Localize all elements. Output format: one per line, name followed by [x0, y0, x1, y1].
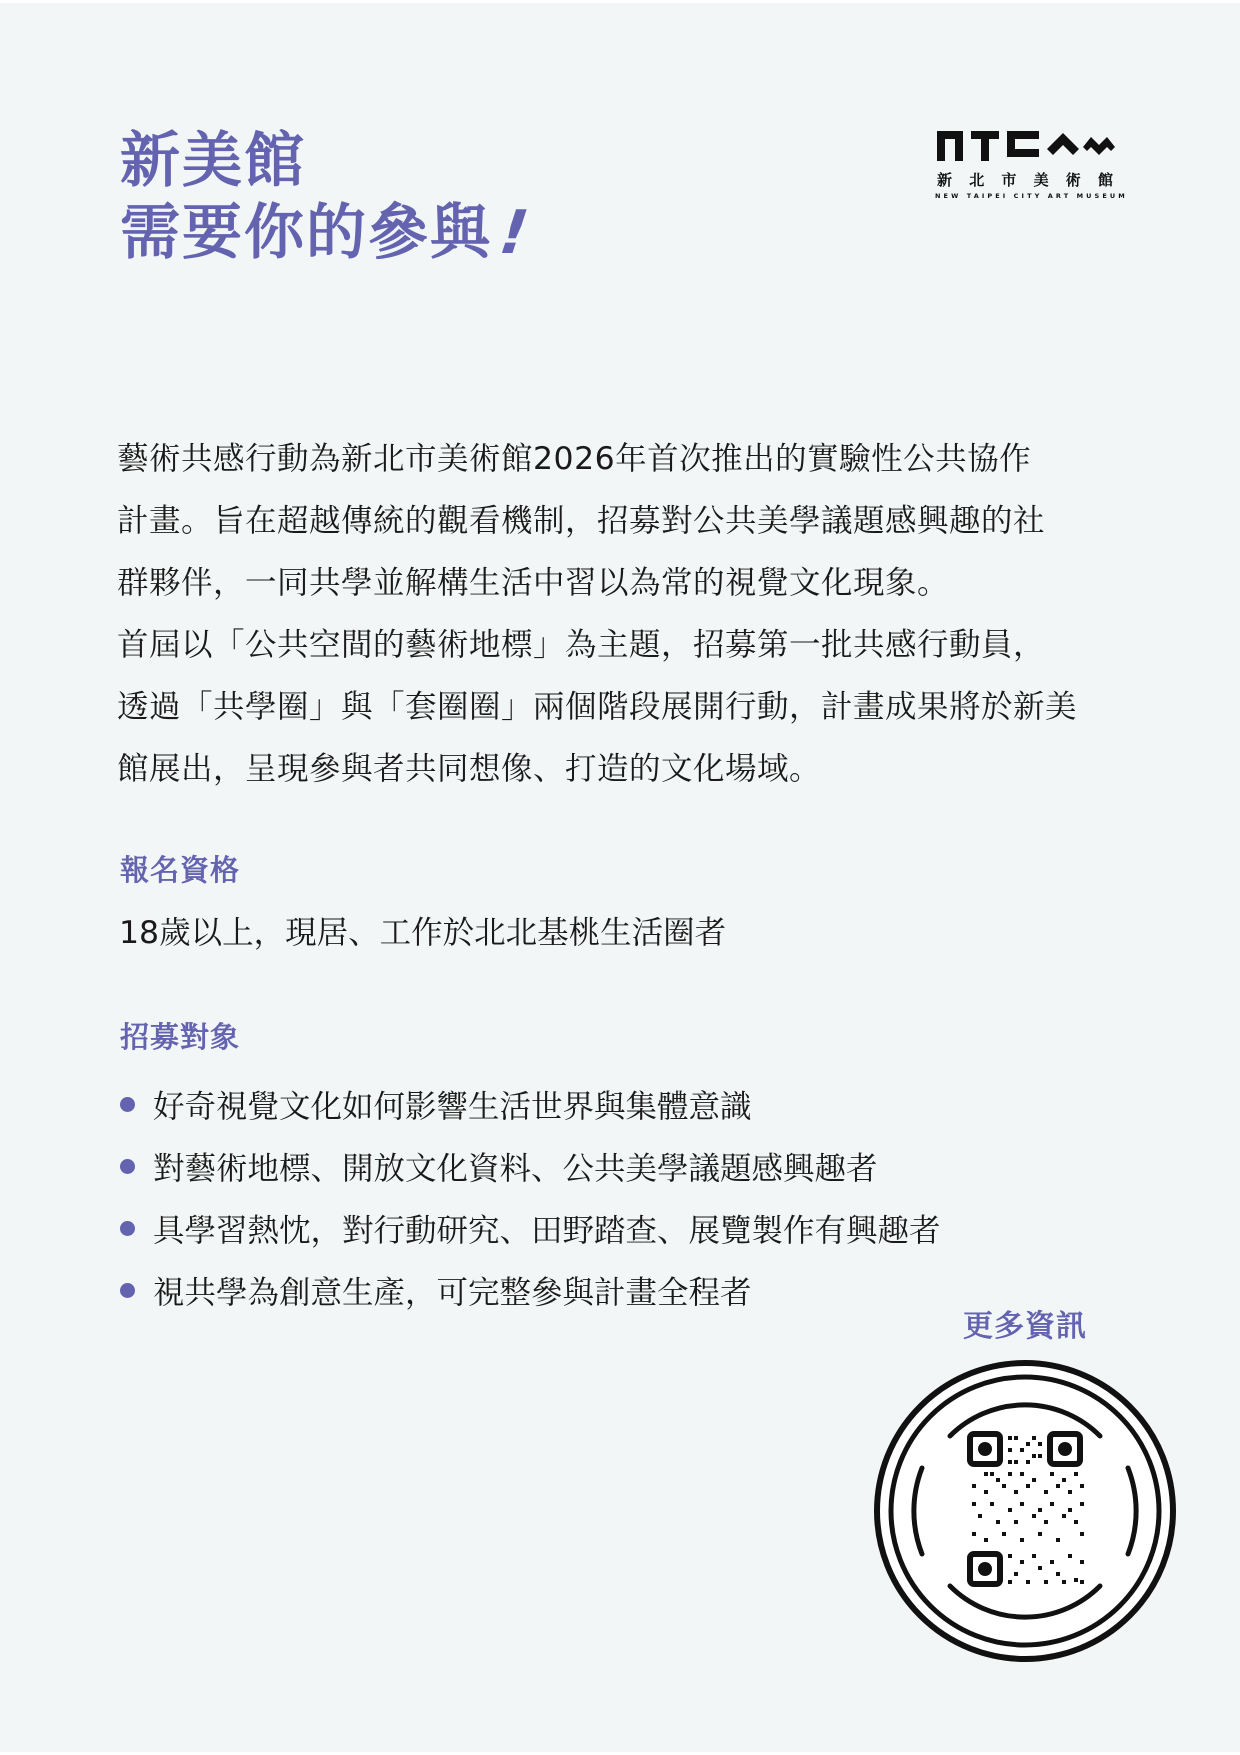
intro-line: 透過「共學圈」與「套圈圈」兩個階段展開行動，計畫成果將於新美 [117, 676, 1127, 738]
targets-title: 招募對象 [120, 1015, 240, 1056]
bullet-icon [120, 1283, 135, 1298]
list-item-text: 好奇視覺文化如何影響生活世界與集體意識 [153, 1082, 752, 1127]
logo-english-name: NEW TAIPEI CITY ART MUSEUM [935, 192, 1117, 200]
logo-char: 館 [1098, 169, 1113, 190]
list-item: 對藝術地標、開放文化資料、公共美學議題感興趣者 [120, 1135, 941, 1197]
bullet-icon [120, 1097, 135, 1112]
list-item: 視共學為創意生產，可完整參與計畫全程者 [120, 1259, 941, 1321]
list-item-text: 視共學為創意生產，可完整參與計畫全程者 [153, 1268, 752, 1313]
logo-char: 美 [1034, 169, 1049, 190]
list-item-text: 具學習熱忱，對行動研究、田野踏查、展覽製作有興趣者 [153, 1206, 941, 1251]
logo-char: 市 [1001, 169, 1016, 190]
intro-line: 藝術共感行動為新北市美術館2026年首次推出的實驗性公共協作 [117, 428, 1127, 490]
headline-line-2-text: 需要你的參與 [120, 198, 492, 268]
intro-line: 計畫。旨在超越傳統的觀看機制，招募對公共美學議題感興趣的社 [117, 490, 1127, 552]
targets-list: 好奇視覺文化如何影響生活世界與集體意識 對藝術地標、開放文化資料、公共美學議題感… [120, 1073, 941, 1321]
list-item: 具學習熱忱，對行動研究、田野踏查、展覽製作有興趣者 [120, 1197, 941, 1259]
list-item-text: 對藝術地標、開放文化資料、公共美學議題感興趣者 [153, 1144, 878, 1189]
headline-line-2: 需要你的參與! [120, 197, 529, 269]
intro-line: 群夥伴，一同共學並解構生活中習以為常的視覺文化現象。 [117, 552, 1127, 614]
bullet-icon [120, 1159, 135, 1174]
more-info-label: 更多資訊 [963, 1301, 1087, 1345]
intro-line: 館展出，呈現參與者共同想像、打造的文化場域。 [117, 738, 1127, 800]
list-item: 好奇視覺文化如何影響生活世界與集體意識 [120, 1073, 941, 1135]
intro-paragraph: 藝術共感行動為新北市美術館2026年首次推出的實驗性公共協作 計畫。旨在超越傳統… [117, 428, 1127, 800]
eligibility-text: 18歲以上，現居、工作於北北基桃生活圈者 [119, 908, 726, 953]
logo-char: 術 [1066, 169, 1081, 190]
poster: 新美館 需要你的參與! 新 北 市 美 術 館 NEW TAIPEI CITY … [0, 3, 1240, 1752]
logo-char: 新 [937, 169, 952, 190]
logo-char: 北 [969, 169, 984, 190]
ntcam-logo-mark-icon [935, 127, 1115, 161]
eligibility-title: 報名資格 [120, 848, 240, 889]
intro-line: 首屆以「公共空間的藝術地標」為主題，招募第一批共感行動員， [117, 614, 1127, 676]
headline-line-1: 新美館 [120, 125, 529, 197]
qr-code[interactable] [872, 1358, 1178, 1664]
headline: 新美館 需要你的參與! [120, 125, 529, 269]
qr-code-icon[interactable] [872, 1358, 1178, 1664]
ntcam-logo: 新 北 市 美 術 館 NEW TAIPEI CITY ART MUSEUM [935, 127, 1117, 200]
bullet-icon [120, 1221, 135, 1236]
logo-chinese-name: 新 北 市 美 術 館 [935, 169, 1113, 190]
exclamation-mark: ! [488, 197, 541, 269]
